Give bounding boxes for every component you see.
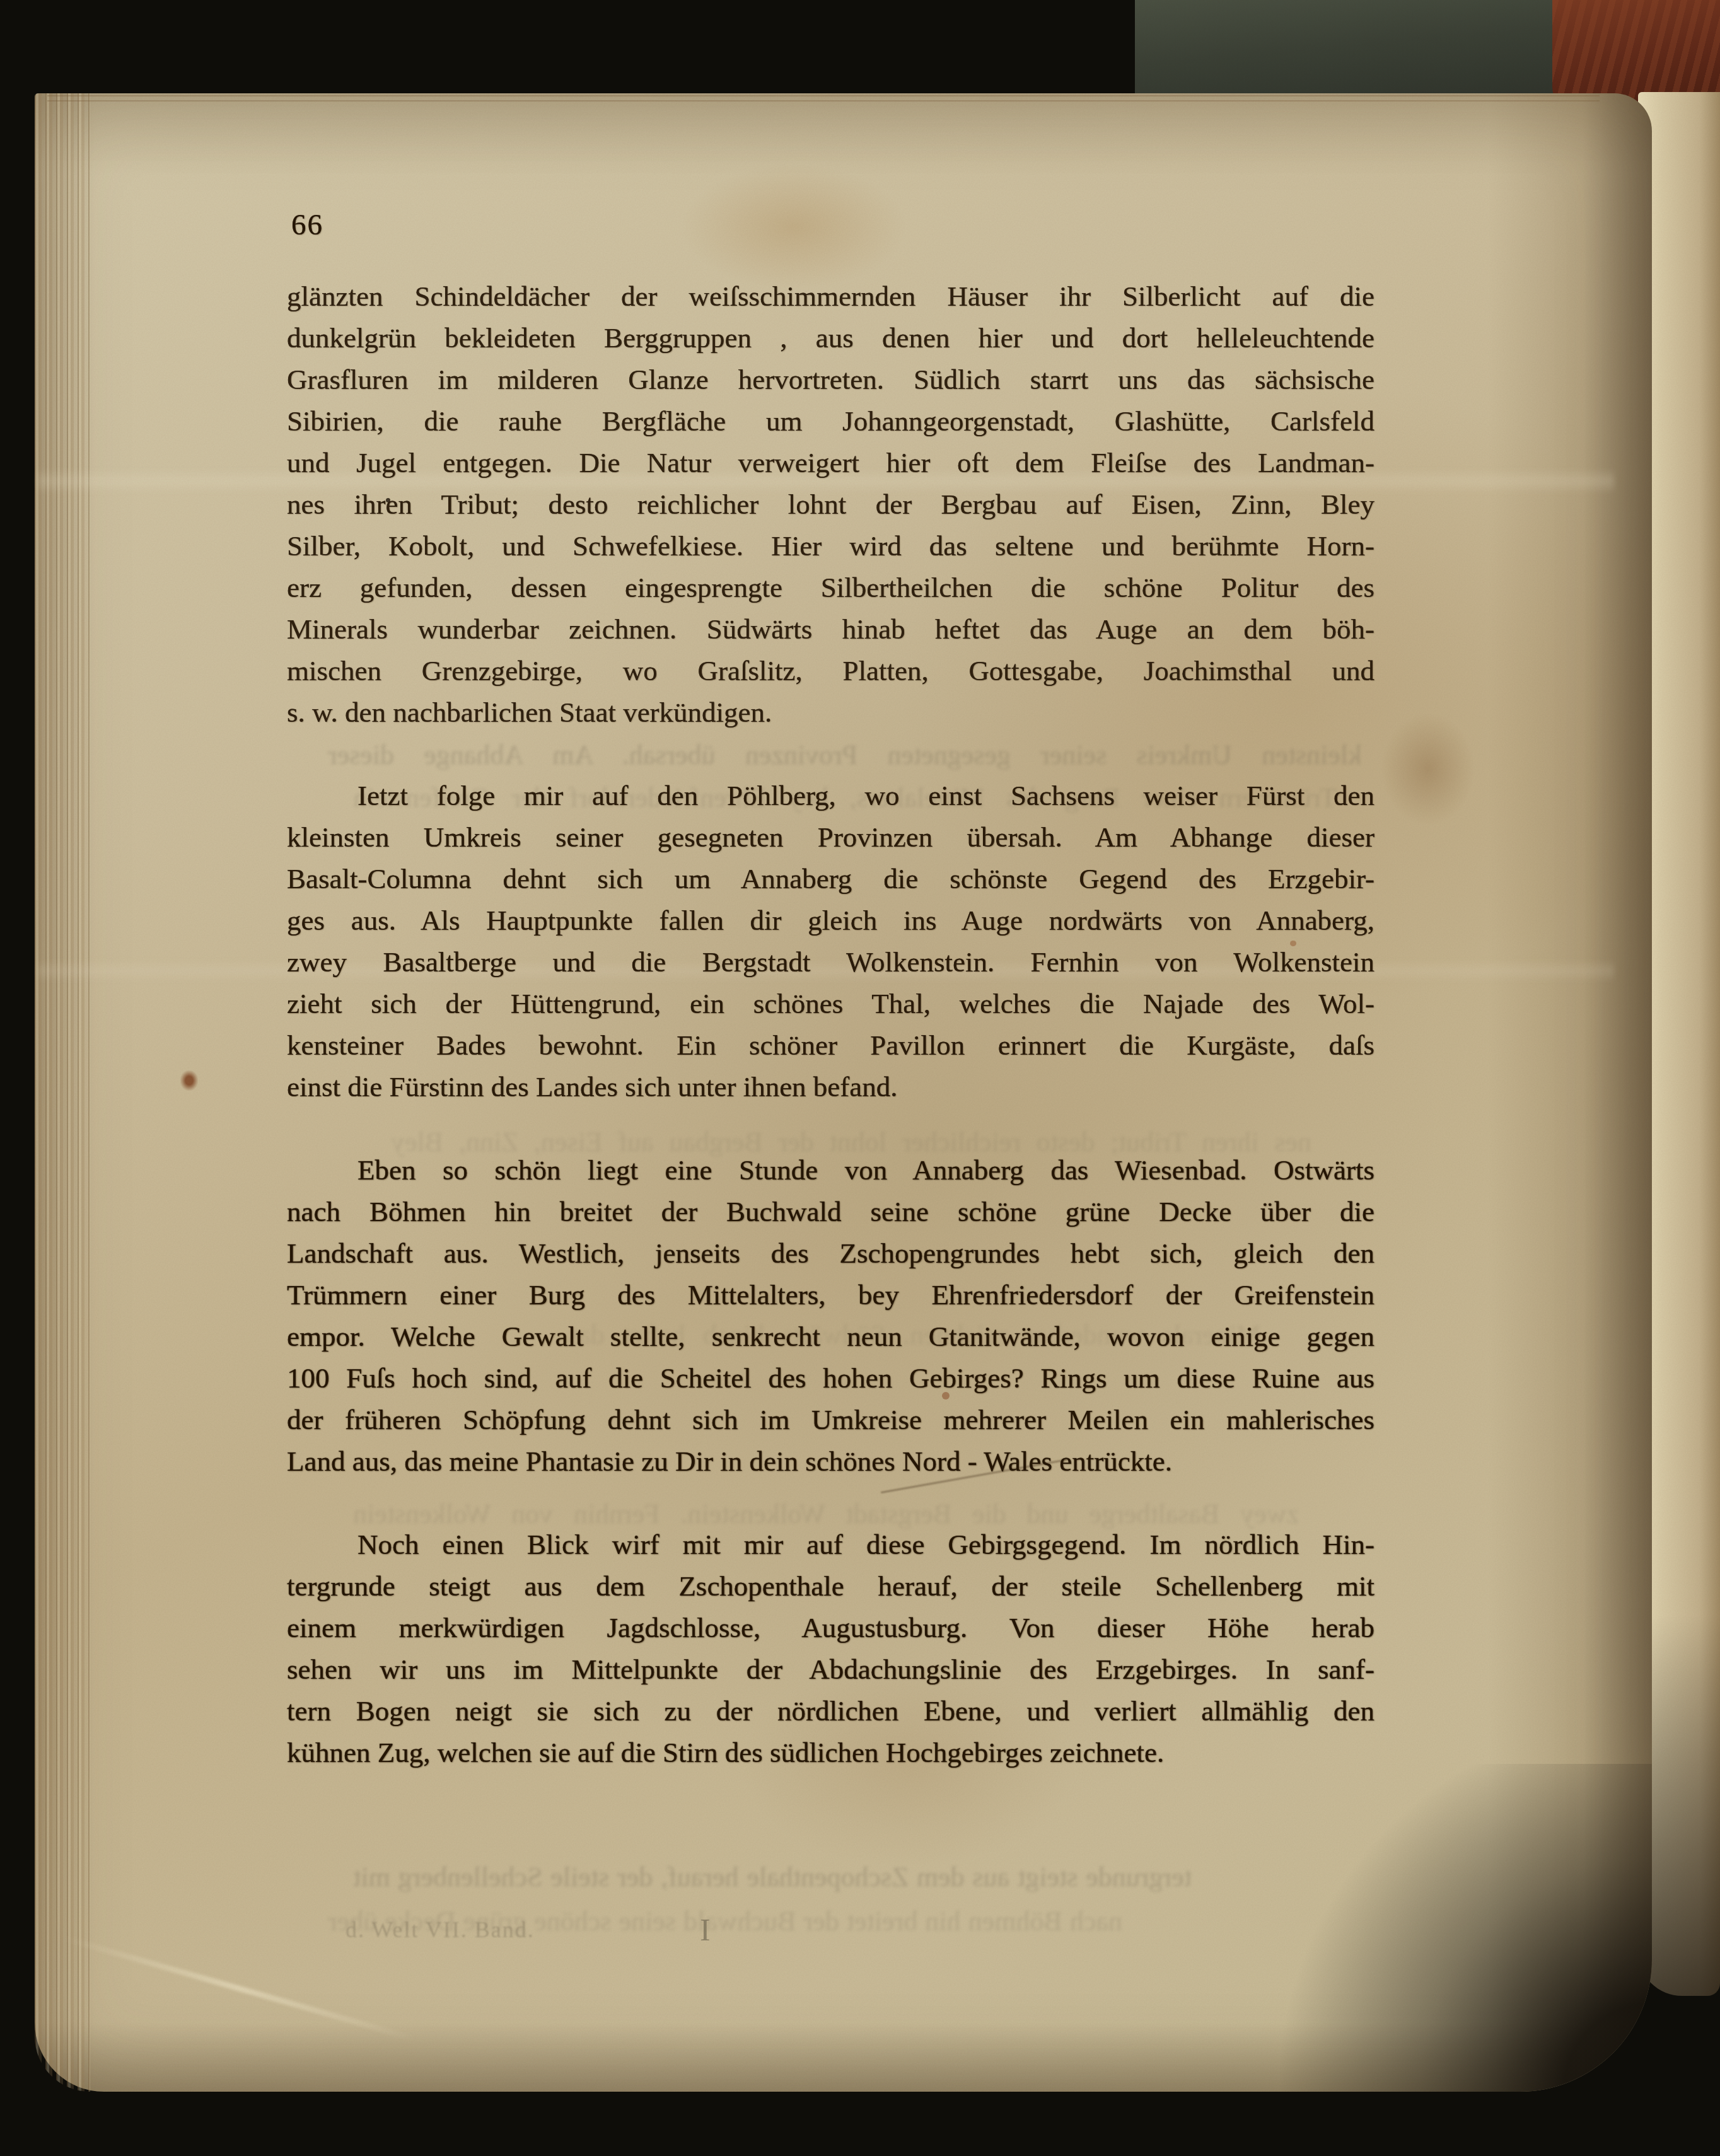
text-line: zwey Basaltberge und die Bergstadt Wolke… [287, 941, 1374, 983]
text-line: Ietzt folge mir auf den Pöhlberg, wo ein… [287, 775, 1374, 816]
text-line: sehen wir uns im Mittelpunkte der Abdach… [287, 1649, 1374, 1690]
text-line: nes ihren Tribut; desto reichlicher lohn… [287, 484, 1374, 525]
text-line: Sibirien, die rauhe Bergfläche um Johann… [287, 400, 1374, 442]
text-line: der früheren Schöpfung dehnt sich im Umk… [287, 1399, 1374, 1440]
text-line: Landschaft aus. Westlich, jenseits des Z… [287, 1232, 1374, 1274]
text-line: Silber, Kobolt, und Schwefelkiese. Hier … [287, 525, 1374, 567]
text-line: glänzten Schindeldächer der weiſsschimme… [287, 275, 1374, 317]
text-line: erz gefunden, dessen eingesprengte Silbe… [287, 567, 1374, 608]
text-line: kensteiner Bades bewohnt. Ein schöner Pa… [287, 1024, 1374, 1066]
text-line: einem merkwürdigen Jagdschlosse, Augustu… [287, 1607, 1374, 1649]
text-line: nach Böhmen hin breitet der Buchwald sei… [287, 1191, 1374, 1232]
text-column: glänzten Schindeldächer der weiſsschimme… [287, 275, 1374, 1815]
bleed-footer-fragment: d. Welt VII. Band. [346, 1916, 535, 1943]
text-line: Grasfluren im milderen Glanze hervortret… [287, 359, 1374, 400]
paragraph: Eben so schön liegt eine Stunde von Anna… [287, 1149, 1374, 1482]
text-line: empor. Welche Gewalt stellte, senkrecht … [287, 1316, 1374, 1357]
text-line: Land aus, das meine Phantasie zu Dir in … [287, 1440, 1374, 1482]
text-line: Basalt-Columna dehnt sich um Annaberg di… [287, 858, 1374, 900]
text-line: Noch einen Blick wirf mit mir auf diese … [287, 1524, 1374, 1565]
text-line: zieht sich der Hüttengrund, ein schönes … [287, 983, 1374, 1024]
book-scan: kleinsten Umkreis seiner gesegneten Prov… [0, 0, 1720, 2156]
text-line: s. w. den nachbarlichen Staat verkündige… [287, 692, 1374, 733]
text-line: kühnen Zug, welchen sie auf die Stirn de… [287, 1732, 1374, 1773]
text-line: 100 Fuſs hoch sind, auf die Scheitel des… [287, 1357, 1374, 1399]
signature-mark: I [700, 1911, 711, 1948]
page-number: 66 [291, 208, 323, 242]
paragraph: Noch einen Blick wirf mit mir auf diese … [287, 1524, 1374, 1773]
text-line: dunkelgrün bekleideten Berggruppen , aus… [287, 317, 1374, 359]
page-stack-edges [35, 93, 90, 2092]
text-line: tergrunde steigt aus dem Zschopenthale h… [287, 1565, 1374, 1607]
text-line: mischen Grenzgebirge, wo Graſslitz, Plat… [287, 650, 1374, 692]
text-line: einst die Fürstinn des Landes sich unter… [287, 1066, 1374, 1108]
paragraph: glänzten Schindeldächer der weiſsschimme… [287, 275, 1374, 733]
text-line: und Jugel entgegen. Die Natur verweigert… [287, 442, 1374, 484]
text-line: tern Bogen neigt sie sich zu der nördlic… [287, 1690, 1374, 1732]
text-line: ges aus. Als Hauptpunkte fallen dir glei… [287, 900, 1374, 941]
text-line: Minerals wunderbar zeichnen. Südwärts hi… [287, 608, 1374, 650]
text-line: Trümmern einer Burg des Mittelalters, be… [287, 1274, 1374, 1316]
text-line: Eben so schön liegt eine Stunde von Anna… [287, 1149, 1374, 1191]
page-top-edge [47, 95, 1600, 105]
paragraph: Ietzt folge mir auf den Pöhlberg, wo ein… [287, 775, 1374, 1108]
text-line: kleinsten Umkreis seiner gesegneten Prov… [287, 816, 1374, 858]
